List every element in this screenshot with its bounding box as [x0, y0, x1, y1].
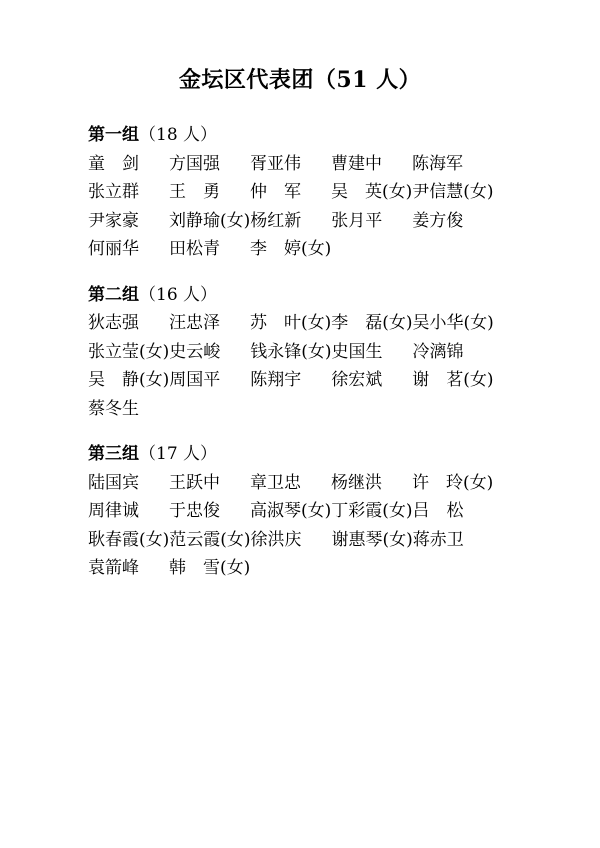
delegate-name: 狄志强	[88, 309, 169, 338]
delegate-name: 许 玲(女)	[412, 469, 493, 498]
delegate-name: 张月平	[331, 207, 412, 236]
name-row: 童 剑方国强胥亚伟曹建中陈海军	[88, 150, 512, 179]
delegate-name: 杨继洪	[331, 469, 412, 498]
delegate-name: 徐洪庆	[251, 526, 332, 555]
delegate-name: 仲 军	[250, 178, 331, 207]
delegate-name: 杨红新	[250, 207, 331, 236]
name-row: 张立群王 勇仲 军吴 英(女)尹信慧(女)	[88, 178, 512, 207]
delegate-name: 谢惠琴(女)	[332, 526, 413, 555]
delegate-name: 李 磊(女)	[331, 309, 412, 338]
delegate-name: 汪忠泽	[169, 309, 250, 338]
delegate-name: 吴小华(女)	[413, 309, 494, 338]
delegate-name: 蒋赤卫	[413, 526, 464, 555]
delegate-name: 丁彩霞(女)	[331, 497, 412, 526]
delegate-name: 高淑琴(女)	[250, 497, 331, 526]
delegate-name: 范云霞(女)	[169, 526, 250, 555]
delegate-name: 何丽华	[88, 235, 169, 264]
delegate-name: 吴 静(女)	[88, 366, 169, 395]
group-section-1: 第一组（18 人）童 剑方国强胥亚伟曹建中陈海军张立群王 勇仲 军吴 英(女)尹…	[88, 121, 512, 264]
group-heading: 第一组（18 人）	[88, 121, 512, 150]
name-row: 袁箭峰韩 雪(女)	[88, 554, 512, 583]
delegate-name: 谢 茗(女)	[412, 366, 493, 395]
name-row: 吴 静(女)周国平陈翔宇徐宏斌谢 茗(女)	[88, 366, 512, 395]
delegate-name: 韩 雪(女)	[169, 554, 250, 583]
delegate-name: 吕 松	[413, 497, 464, 526]
delegation-list: 第一组（18 人）童 剑方国强胥亚伟曹建中陈海军张立群王 勇仲 军吴 英(女)尹…	[88, 121, 512, 583]
group-heading: 第二组（16 人）	[88, 281, 512, 310]
group-section-3: 第三组（17 人）陆国宾王跃中章卫忠杨继洪许 玲(女)周律诚于忠俊高淑琴(女)丁…	[88, 440, 512, 583]
delegate-name: 蔡冬生	[88, 395, 139, 424]
delegate-name: 方国强	[169, 150, 250, 179]
delegate-name: 陆国宾	[88, 469, 169, 498]
name-row: 狄志强汪忠泽苏 叶(女)李 磊(女)吴小华(女)	[88, 309, 512, 338]
delegate-name: 陈海军	[412, 150, 463, 179]
group-count: （18 人）	[139, 125, 217, 145]
delegate-name: 章卫忠	[250, 469, 331, 498]
delegate-name: 于忠俊	[169, 497, 250, 526]
delegate-name: 李 婷(女)	[250, 235, 331, 264]
group-name: 第三组	[88, 444, 139, 464]
delegate-name: 刘静瑜(女)	[169, 207, 250, 236]
delegate-name: 胥亚伟	[250, 150, 331, 179]
delegate-name: 田松青	[169, 235, 250, 264]
page-title: 金坛区代表团（51 人）	[0, 0, 600, 95]
delegate-name: 曹建中	[331, 150, 412, 179]
name-row: 蔡冬生	[88, 395, 512, 424]
delegate-name: 周律诚	[88, 497, 169, 526]
name-row: 张立莹(女)史云峻钱永锋(女)史国生冷漓锦	[88, 338, 512, 367]
delegate-name: 冷漓锦	[413, 338, 464, 367]
group-section-2: 第二组（16 人）狄志强汪忠泽苏 叶(女)李 磊(女)吴小华(女)张立莹(女)史…	[88, 281, 512, 424]
delegate-name: 吴 英(女)	[331, 178, 412, 207]
delegate-name: 史云峻	[169, 338, 250, 367]
delegate-name: 姜方俊	[412, 207, 463, 236]
delegate-name: 耿春霞(女)	[88, 526, 169, 555]
name-row: 周律诚于忠俊高淑琴(女)丁彩霞(女)吕 松	[88, 497, 512, 526]
name-row: 陆国宾王跃中章卫忠杨继洪许 玲(女)	[88, 469, 512, 498]
delegate-name: 袁箭峰	[88, 554, 169, 583]
name-row: 何丽华田松青李 婷(女)	[88, 235, 512, 264]
delegate-name: 苏 叶(女)	[250, 309, 331, 338]
delegate-name: 周国平	[169, 366, 250, 395]
group-count: （16 人）	[139, 285, 217, 305]
name-row: 尹家豪刘静瑜(女)杨红新张月平姜方俊	[88, 207, 512, 236]
group-count: （17 人）	[139, 444, 217, 464]
delegate-name: 陈翔宇	[250, 366, 331, 395]
group-name: 第一组	[88, 125, 139, 145]
delegate-name: 张立莹(女)	[88, 338, 169, 367]
delegate-name: 钱永锋(女)	[250, 338, 331, 367]
group-heading: 第三组（17 人）	[88, 440, 512, 469]
name-row: 耿春霞(女)范云霞(女)徐洪庆谢惠琴(女)蒋赤卫	[88, 526, 512, 555]
delegate-name: 徐宏斌	[331, 366, 412, 395]
delegate-name: 尹家豪	[88, 207, 169, 236]
delegate-name: 童 剑	[88, 150, 169, 179]
delegate-name: 王 勇	[169, 178, 250, 207]
delegate-name: 张立群	[88, 178, 169, 207]
delegate-name: 王跃中	[169, 469, 250, 498]
group-name: 第二组	[88, 285, 139, 305]
delegate-name: 尹信慧(女)	[412, 178, 493, 207]
delegate-name: 史国生	[332, 338, 413, 367]
document-page: 金坛区代表团（51 人） 第一组（18 人）童 剑方国强胥亚伟曹建中陈海军张立群…	[0, 0, 600, 848]
